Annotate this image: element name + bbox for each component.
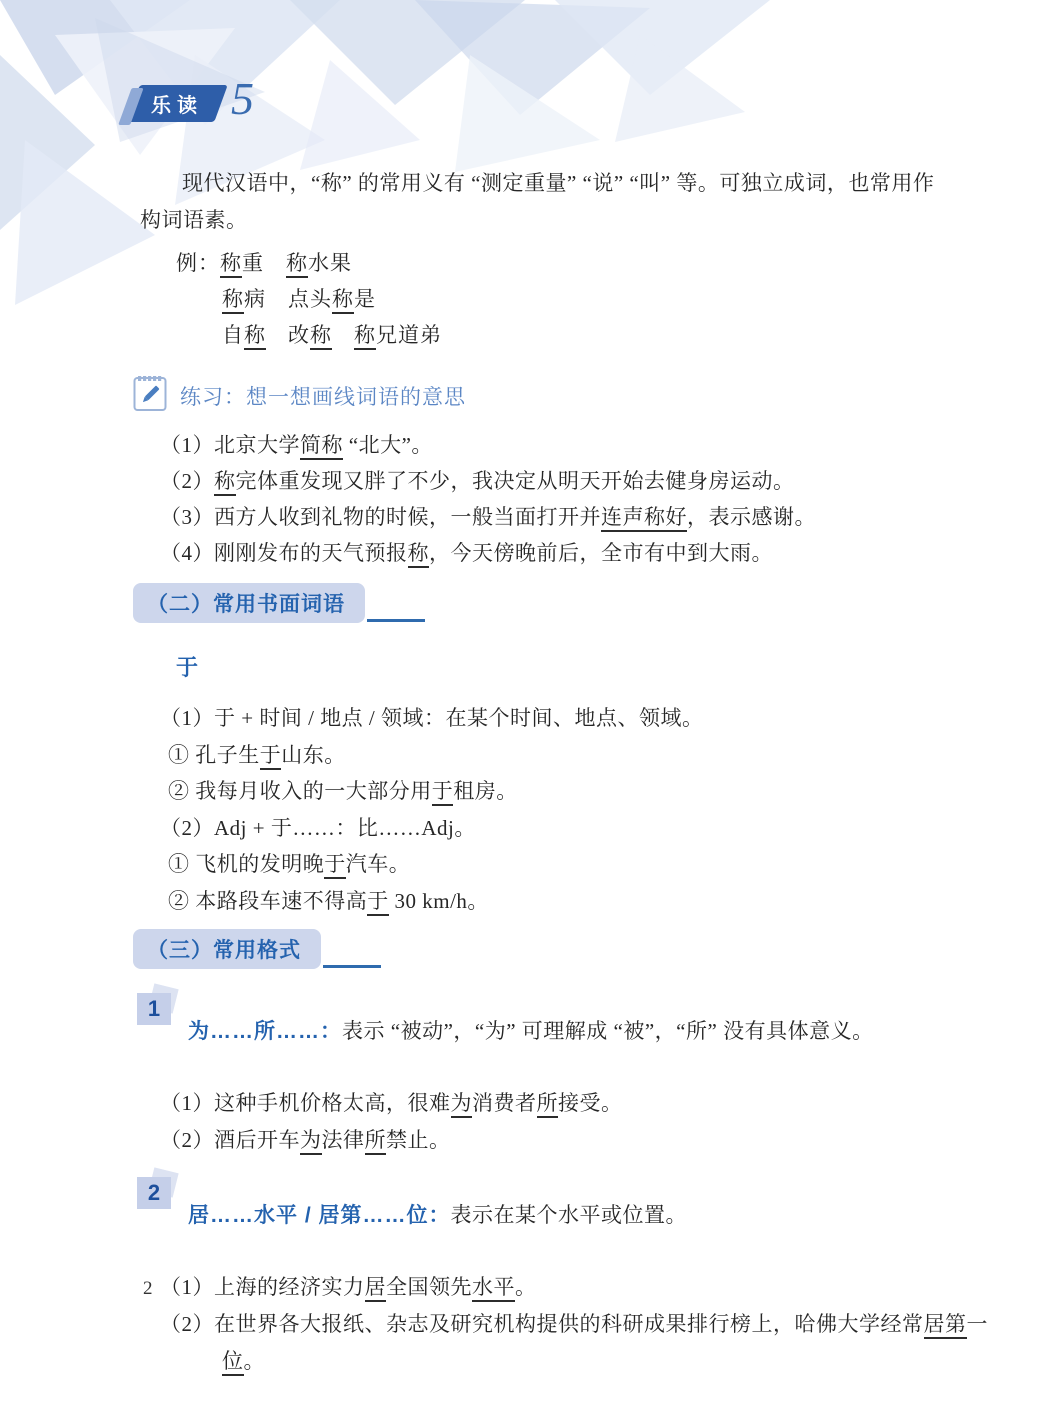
format-term: 居……水平 / 居第……位： <box>188 1204 451 1227</box>
headword-yu: 于 <box>176 649 1039 686</box>
format-desc: 表示 “被动”，“为” 可理解成 “被”，“所” 没有具体意义。 <box>342 1019 874 1043</box>
textbook-page: 乐读 5 现代汉语中，“称” 的常用义有 “测定重量” “说” “叫” 等。可独… <box>0 0 1039 1401</box>
example-line: 称病 点头称是 <box>176 281 1039 317</box>
logo-text: 乐读 <box>151 89 203 118</box>
practice-list: （1）北京大学简称 “北大”。 （2）称完体重发现又胖了不少，我决定从明天开始去… <box>160 427 1039 571</box>
format-example: （2）在世界各大报纸、杂志及研究机构提供的科研成果排行榜上，哈佛大学经常居第一位… <box>160 1306 1004 1380</box>
format-desc: 表示在某个水平或位置。 <box>451 1203 688 1227</box>
grammar-example-line: ② 本路段车速不得高于 30 km/h。 <box>168 883 1039 920</box>
format-term: 为……所……： <box>188 1020 342 1043</box>
format-2-examples: （1）上海的经济实力居全国领先水平。 （2）在世界各大报纸、杂志及研究机构提供的… <box>160 1269 1039 1380</box>
format-definition: 居……水平 / 居第……位：表示在某个水平或位置。 <box>188 1196 687 1234</box>
practice-header: 练习：想一想画线词语的意思 <box>133 375 1039 417</box>
format-number-badge: 1 <box>137 993 171 1025</box>
practice-item: （1）北京大学简称 “北大”。 <box>160 427 1039 463</box>
practice-title: 练习：想一想画线词语的意思 <box>180 381 466 411</box>
example-line: 自称 改称 称兄道弟 <box>176 317 1039 353</box>
logo-number: 5 <box>231 76 254 122</box>
format-number-badge: 2 <box>137 1177 171 1209</box>
section-3-header: （三）常用格式 <box>133 929 321 969</box>
grammar-point-line: （1）于 + 时间 / 地点 / 领域：在某个时间、地点、领域。 <box>160 700 1039 737</box>
practice-item: （4）刚刚发布的天气预报称，今天傍晚前后，全市有中到大雨。 <box>160 535 1039 571</box>
intro-paragraph: 现代汉语中，“称” 的常用义有 “测定重量” “说” “叫” 等。可独立成词，也… <box>140 165 940 239</box>
grammar-example-line: ① 飞机的发明晚于汽车。 <box>168 846 1039 883</box>
logo-tab: 乐读 <box>126 85 227 122</box>
grammar-example-line: ① 孔子生于山东。 <box>168 737 1039 774</box>
format-definition: 为……所……：表示 “被动”，“为” 可理解成 “被”，“所” 没有具体意义。 <box>188 1012 874 1050</box>
format-example: （1）这种手机价格太高，很难为消费者所接受。 <box>160 1085 1004 1122</box>
section-3-underline-decoration <box>323 965 381 968</box>
section-2-underline-decoration <box>367 619 425 622</box>
format-number: 2 <box>137 1177 171 1209</box>
format-example: （2）酒后开车为法律所禁止。 <box>160 1122 1004 1159</box>
page-content: 现代汉语中，“称” 的常用义有 “测定重量” “说” “叫” 等。可独立成词，也… <box>0 0 1039 1380</box>
example-block: 例：称重 称水果 称病 点头称是 自称 改称 称兄道弟 <box>176 245 1039 353</box>
practice-item: （2）称完体重发现又胖了不少，我决定从明天开始去健身房运动。 <box>160 463 1039 499</box>
grammar-points: （1）于 + 时间 / 地点 / 领域：在某个时间、地点、领域。 ① 孔子生于山… <box>160 700 1039 919</box>
section-2-header-row: （二）常用书面词语 <box>133 583 1039 623</box>
format-number: 1 <box>137 993 171 1025</box>
section-2-header: （二）常用书面词语 <box>133 583 365 623</box>
section-3-header-row: （三）常用格式 <box>133 929 1039 969</box>
book-logo: 乐读 5 <box>133 84 254 122</box>
format-item-2: 2 居……水平 / 居第……位：表示在某个水平或位置。 <box>137 1175 1039 1255</box>
example-line: 例：称重 称水果 <box>176 245 1039 281</box>
grammar-example-line: ② 我每月收入的一大部分用于租房。 <box>168 773 1039 810</box>
notepad-pencil-icon <box>133 375 167 417</box>
grammar-point-line: （2）Adj + 于……：比……Adj。 <box>160 810 1039 847</box>
format-item-1: 1 为……所……：表示 “被动”，“为” 可理解成 “被”，“所” 没有具体意义… <box>137 991 1039 1071</box>
format-example: （1）上海的经济实力居全国领先水平。 <box>160 1269 1004 1306</box>
practice-item: （3）西方人收到礼物的时候，一般当面打开并连声称好，表示感谢。 <box>160 499 1039 535</box>
format-1-examples: （1）这种手机价格太高，很难为消费者所接受。 （2）酒后开车为法律所禁止。 <box>160 1085 1039 1159</box>
